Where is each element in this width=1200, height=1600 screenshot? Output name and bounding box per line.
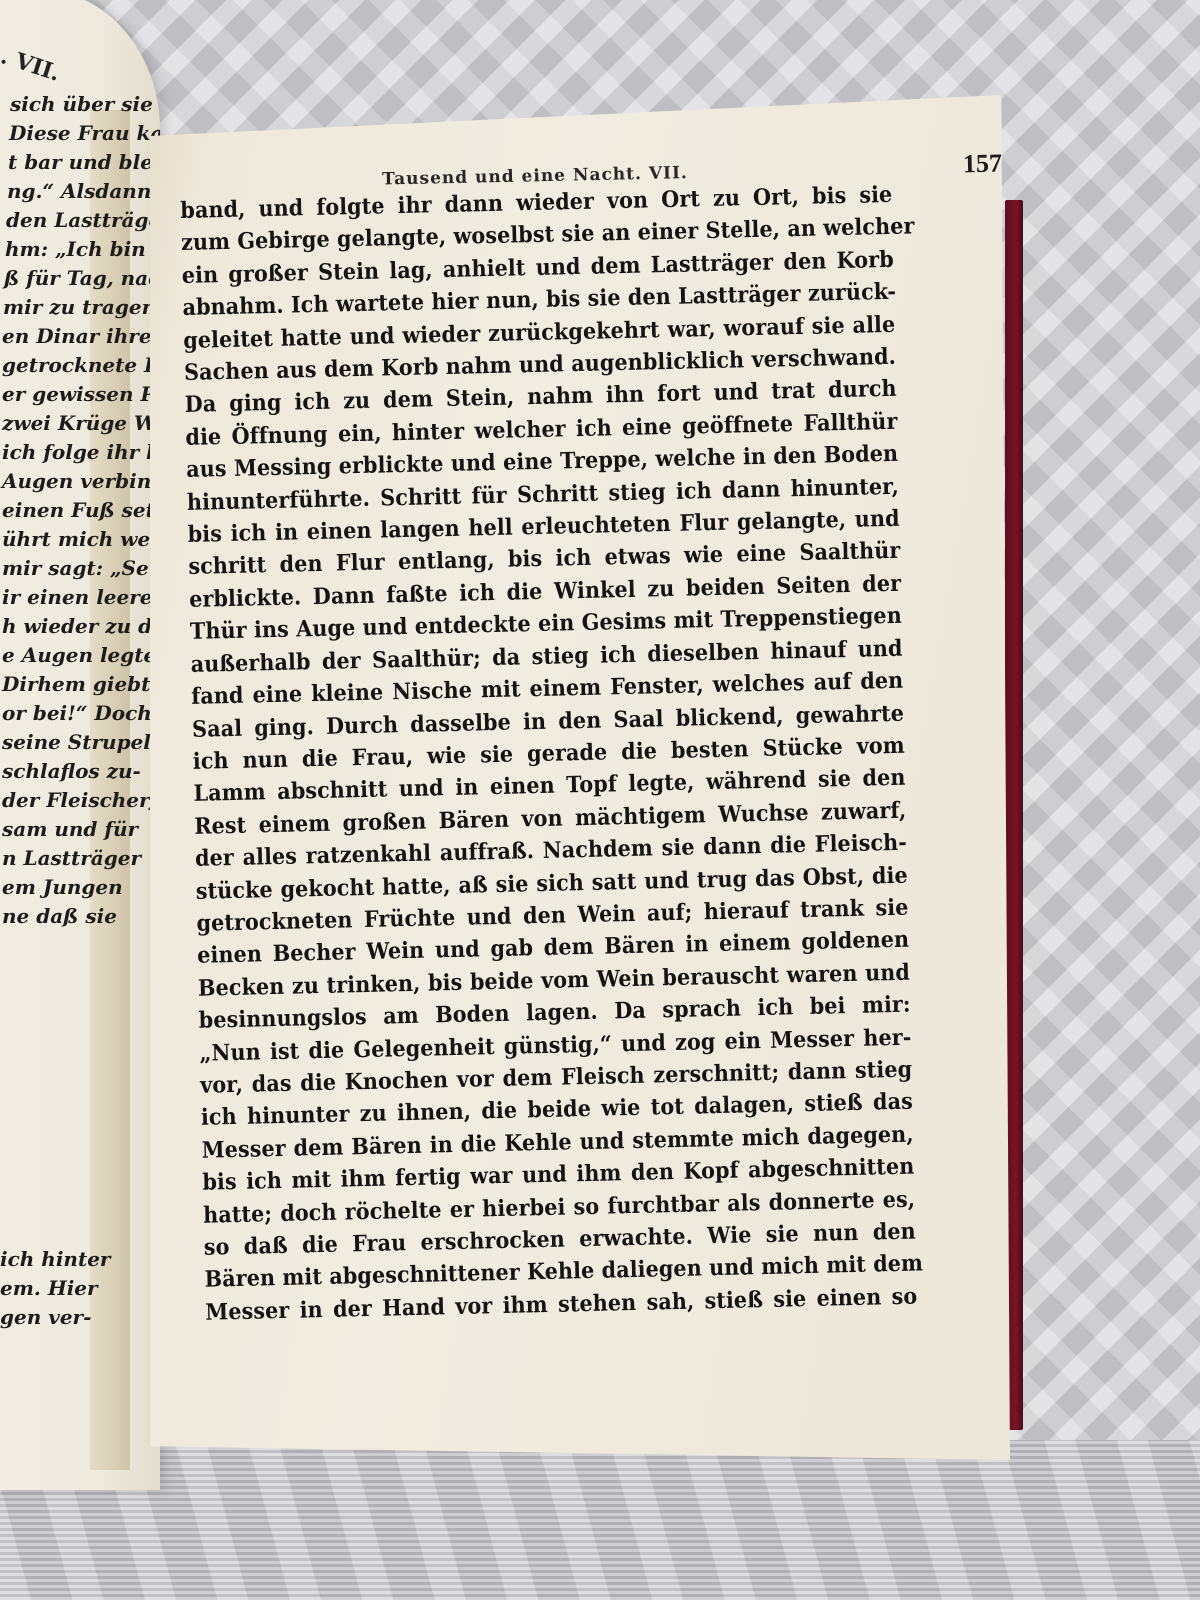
page-number: 157: [963, 149, 1003, 180]
left-text-line: sam und für: [2, 815, 160, 844]
tablecloth-background: [0, 1440, 1200, 1600]
left-text-line: seine Strupel: [2, 728, 160, 757]
body-text: band, und folgte ihr dann wieder von Ort…: [180, 179, 918, 1329]
left-text-line: den Lastträger nach: [2, 206, 160, 235]
left-text-line: en Dinar ihre B: [2, 322, 160, 351]
left-text-line: zwei Krüge Wein: [2, 409, 160, 438]
left-text-line: ührt mich weiter,: [2, 525, 160, 554]
left-text-line: Diese Frau kauft tä: [2, 119, 160, 148]
left-text-line: ir einen leeren: [2, 583, 160, 612]
left-text-line: der Fleischer,: [2, 786, 160, 815]
left-text-line: gen ver-: [0, 1303, 160, 1332]
left-text-line: or bei!“ Doch: [2, 699, 160, 728]
left-page-text: sich über sie seine GDiese Frau kauft tä…: [2, 90, 160, 931]
left-text-line: er gewissen Person: [2, 380, 160, 409]
left-text-line: n Lastträger: [2, 844, 160, 873]
left-text-line: ng.“ Alsdann frage: [2, 177, 160, 206]
right-page: Tausend und eine Nacht. VII. 157 band, u…: [150, 95, 1010, 1460]
left-text-line: sich über sie seine G: [2, 90, 160, 119]
left-text-line: mir sagt: „Setz: [2, 554, 160, 583]
left-text-line: em. Hier: [0, 1274, 160, 1303]
left-text-line: e Augen legte,: [2, 641, 160, 670]
left-text-line: em Jungen: [2, 873, 160, 902]
left-page: . VII. sich über sie seine GDiese Frau k…: [0, 0, 160, 1490]
left-page-text-bottom: ich hinterem. Hiergen ver-: [0, 1245, 160, 1332]
left-text-line: ne daß sie: [2, 902, 160, 931]
left-text-line: Augen verbindet,: [2, 467, 160, 496]
left-text-line: t bar und bleibt keine: [2, 148, 160, 177]
left-text-line: getrocknete Früchte: [2, 351, 160, 380]
left-text-line: schlaflos zu-: [2, 757, 160, 786]
left-text-line: mir zu tragen ge: [2, 293, 160, 322]
left-text-line: Dirhem giebt.“: [2, 670, 160, 699]
left-text-line: ich folge ihr bis: [2, 438, 160, 467]
left-text-line: hm: „Ich bin selbe: [2, 235, 160, 264]
left-text-line: ich hinter: [0, 1245, 160, 1274]
left-text-line: h wieder zu der: [2, 612, 160, 641]
left-running-head: . VII.: [0, 43, 63, 86]
left-text-line: einen Fuß setze,: [2, 496, 160, 525]
left-text-line: ß für Tag, nachdem: [2, 264, 160, 293]
